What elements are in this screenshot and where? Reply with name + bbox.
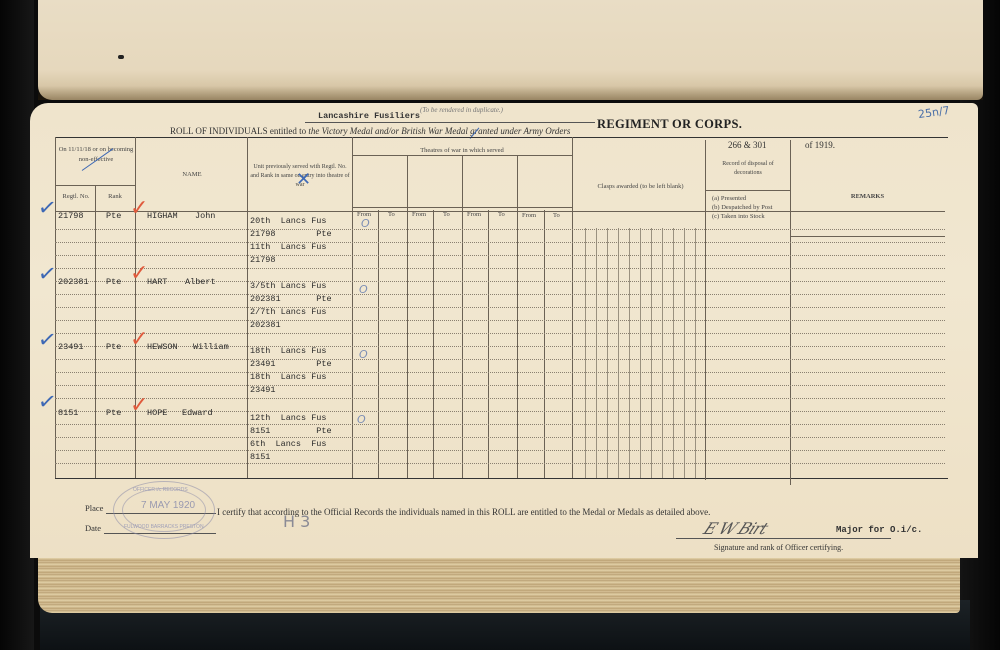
header-non-effective: On 11/11/18 or on becoming non-effective xyxy=(58,145,134,165)
col-line xyxy=(462,155,463,478)
unit-line: 21798 xyxy=(250,255,276,265)
unit-line: 23491 xyxy=(250,385,276,395)
unit-line: 3/5th Lancs Fus xyxy=(250,281,327,291)
binder-left-edge xyxy=(0,0,34,650)
header-rule xyxy=(790,236,945,237)
col-line xyxy=(407,155,408,478)
rank: Pte xyxy=(106,408,121,418)
unit-line: 2/7th Lancs Fus xyxy=(250,307,327,317)
stamp-ring-top: OFFICER i/c RECORDS xyxy=(133,487,188,493)
header-name: NAME xyxy=(137,170,247,180)
header-to-1: To xyxy=(388,211,395,218)
officer-signature: E W Birt xyxy=(701,519,771,538)
signature-line xyxy=(676,538,891,539)
header-rule xyxy=(705,190,790,191)
stamp-ring-bottom: FULWOOD BARRACKS PRESTON xyxy=(124,524,204,530)
grid-line xyxy=(662,228,663,478)
table-top-rule xyxy=(55,137,948,138)
roll-title-medals: the Victory Medal and/or British War Med… xyxy=(308,126,570,136)
row-rule xyxy=(55,372,945,373)
header-rank: Rank xyxy=(97,192,133,202)
blue-check-icon: ✓ xyxy=(36,261,58,288)
col-line xyxy=(517,155,518,478)
army-orders-number: 266 & 301 xyxy=(728,140,767,150)
grid-line xyxy=(673,228,674,478)
previous-page xyxy=(38,0,983,100)
grid-line xyxy=(596,228,597,478)
red-check-icon: ✓ xyxy=(130,196,148,221)
grid-line xyxy=(640,228,641,478)
unit-line: 12th Lancs Fus xyxy=(250,413,327,423)
header-to-2: To xyxy=(443,211,450,218)
unit-line: 18th Lancs Fus xyxy=(250,372,327,382)
red-check-icon: ✓ xyxy=(130,393,148,418)
header-rule xyxy=(55,185,135,186)
grid-line xyxy=(651,228,652,478)
blue-check-icon: ✓ xyxy=(36,327,58,354)
signature-caption: Signature and rank of Officer certifying… xyxy=(714,543,843,552)
header-disposal: Record of disposal of decorations xyxy=(708,160,788,178)
header-to-4: To xyxy=(553,212,560,219)
rank: Pte xyxy=(106,342,121,352)
header-regtl-no: Regtl. No. xyxy=(58,192,94,202)
grid-line xyxy=(629,228,630,478)
row-rule xyxy=(55,463,945,464)
red-check-icon: ✓ xyxy=(130,327,148,352)
disposal-option-b: (b) Despatched by Post xyxy=(712,204,772,211)
unit-line: 8151 xyxy=(250,452,270,462)
unit-line: 202381 xyxy=(250,320,281,330)
unit-line: 20th Lancs Fus xyxy=(250,216,327,226)
row-rule xyxy=(55,424,945,425)
row-rule xyxy=(55,294,945,295)
from-mark: O xyxy=(357,413,366,426)
from-mark: O xyxy=(359,283,368,296)
row-rule xyxy=(55,359,945,360)
forename: John xyxy=(195,211,215,221)
officer-rank: Major for O.i/c. xyxy=(836,525,922,535)
roll-title: ROLL OF INDIVIDUALS entitled to the Vict… xyxy=(170,126,570,136)
header-clasps: Clasps awarded (to be left blank) xyxy=(578,182,703,192)
row-rule xyxy=(55,242,945,243)
blue-check-icon: ✓ xyxy=(36,195,58,222)
blue-cross-mark: ✕ xyxy=(296,169,311,190)
header-theatres: Theatres of war in which served xyxy=(352,146,572,156)
header-to-3: To xyxy=(498,211,505,218)
roll-title-prefix: ROLL OF INDIVIDUALS entitled to xyxy=(170,126,306,136)
surname: HART xyxy=(147,277,167,287)
regtl-no: 8151 xyxy=(58,408,78,418)
regtl-no: 21798 xyxy=(58,211,84,221)
header-remarks: REMARKS xyxy=(790,192,945,202)
regiment-label: REGIMENT OR CORPS. xyxy=(597,117,742,132)
header-from-2: From xyxy=(412,211,426,218)
header-rule xyxy=(352,207,572,208)
army-orders-year: of 1919. xyxy=(805,140,835,150)
red-check-icon: ✓ xyxy=(130,261,148,286)
page-fold-shadow xyxy=(38,86,983,100)
unit-line: 23491 Pte xyxy=(250,359,332,369)
rank: Pte xyxy=(106,277,121,287)
ink-blot xyxy=(118,55,124,59)
grid-line xyxy=(695,228,696,478)
row-rule xyxy=(55,268,945,269)
unit-line: 21798 Pte xyxy=(250,229,332,239)
forename: William xyxy=(193,342,229,352)
stamp-date: 7 MAY 1920 xyxy=(141,500,195,511)
row-rule xyxy=(55,320,945,321)
header-from-4: From xyxy=(522,212,536,219)
grid-line xyxy=(585,228,586,478)
unit-line: 18th Lancs Fus xyxy=(250,346,327,356)
surname: HIGHAM xyxy=(147,211,178,221)
regiment-underline xyxy=(305,122,595,123)
from-mark: O xyxy=(359,348,368,361)
disposal-option-a: (a) Presented xyxy=(712,195,746,202)
unit-line: 6th Lancs Fus xyxy=(250,439,327,449)
row-rule xyxy=(55,255,945,256)
row-rule xyxy=(55,229,945,230)
row-rule xyxy=(55,450,945,451)
grid-line xyxy=(684,228,685,478)
row-rule xyxy=(55,307,945,308)
row-rule xyxy=(55,385,945,386)
unit-line: 202381 Pte xyxy=(250,294,332,304)
regtl-no: 23491 xyxy=(58,342,84,352)
from-mark: O xyxy=(361,217,370,230)
row-rule xyxy=(55,398,945,399)
col-line xyxy=(705,140,706,480)
regiment-name: Lancashire Fusiliers xyxy=(318,111,420,121)
row-rule xyxy=(55,346,945,347)
place-label: Place xyxy=(85,503,103,513)
forename: Edward xyxy=(182,408,213,418)
table-bottom-rule xyxy=(55,478,948,479)
duplicate-instruction: (To be rendered in duplicate.) xyxy=(420,106,503,114)
disposal-option-c: (c) Taken into Stock xyxy=(712,213,765,220)
grid-line xyxy=(607,228,608,478)
grid-line xyxy=(618,228,619,478)
row-rule xyxy=(55,437,945,438)
blue-check-icon: ✓ xyxy=(36,389,58,416)
unit-line: 8151 Pte xyxy=(250,426,332,436)
regtl-no: 202381 xyxy=(58,277,89,287)
surname: HEWSON xyxy=(147,342,178,352)
header-from-3: From xyxy=(467,211,481,218)
forename: Albert xyxy=(185,277,216,287)
date-label: Date xyxy=(85,523,101,533)
row-rule xyxy=(55,333,945,334)
unit-line: 11th Lancs Fus xyxy=(250,242,327,252)
rank: Pte xyxy=(106,211,121,221)
surname: HOPE xyxy=(147,408,167,418)
pencil-note: H 3 xyxy=(283,512,310,531)
